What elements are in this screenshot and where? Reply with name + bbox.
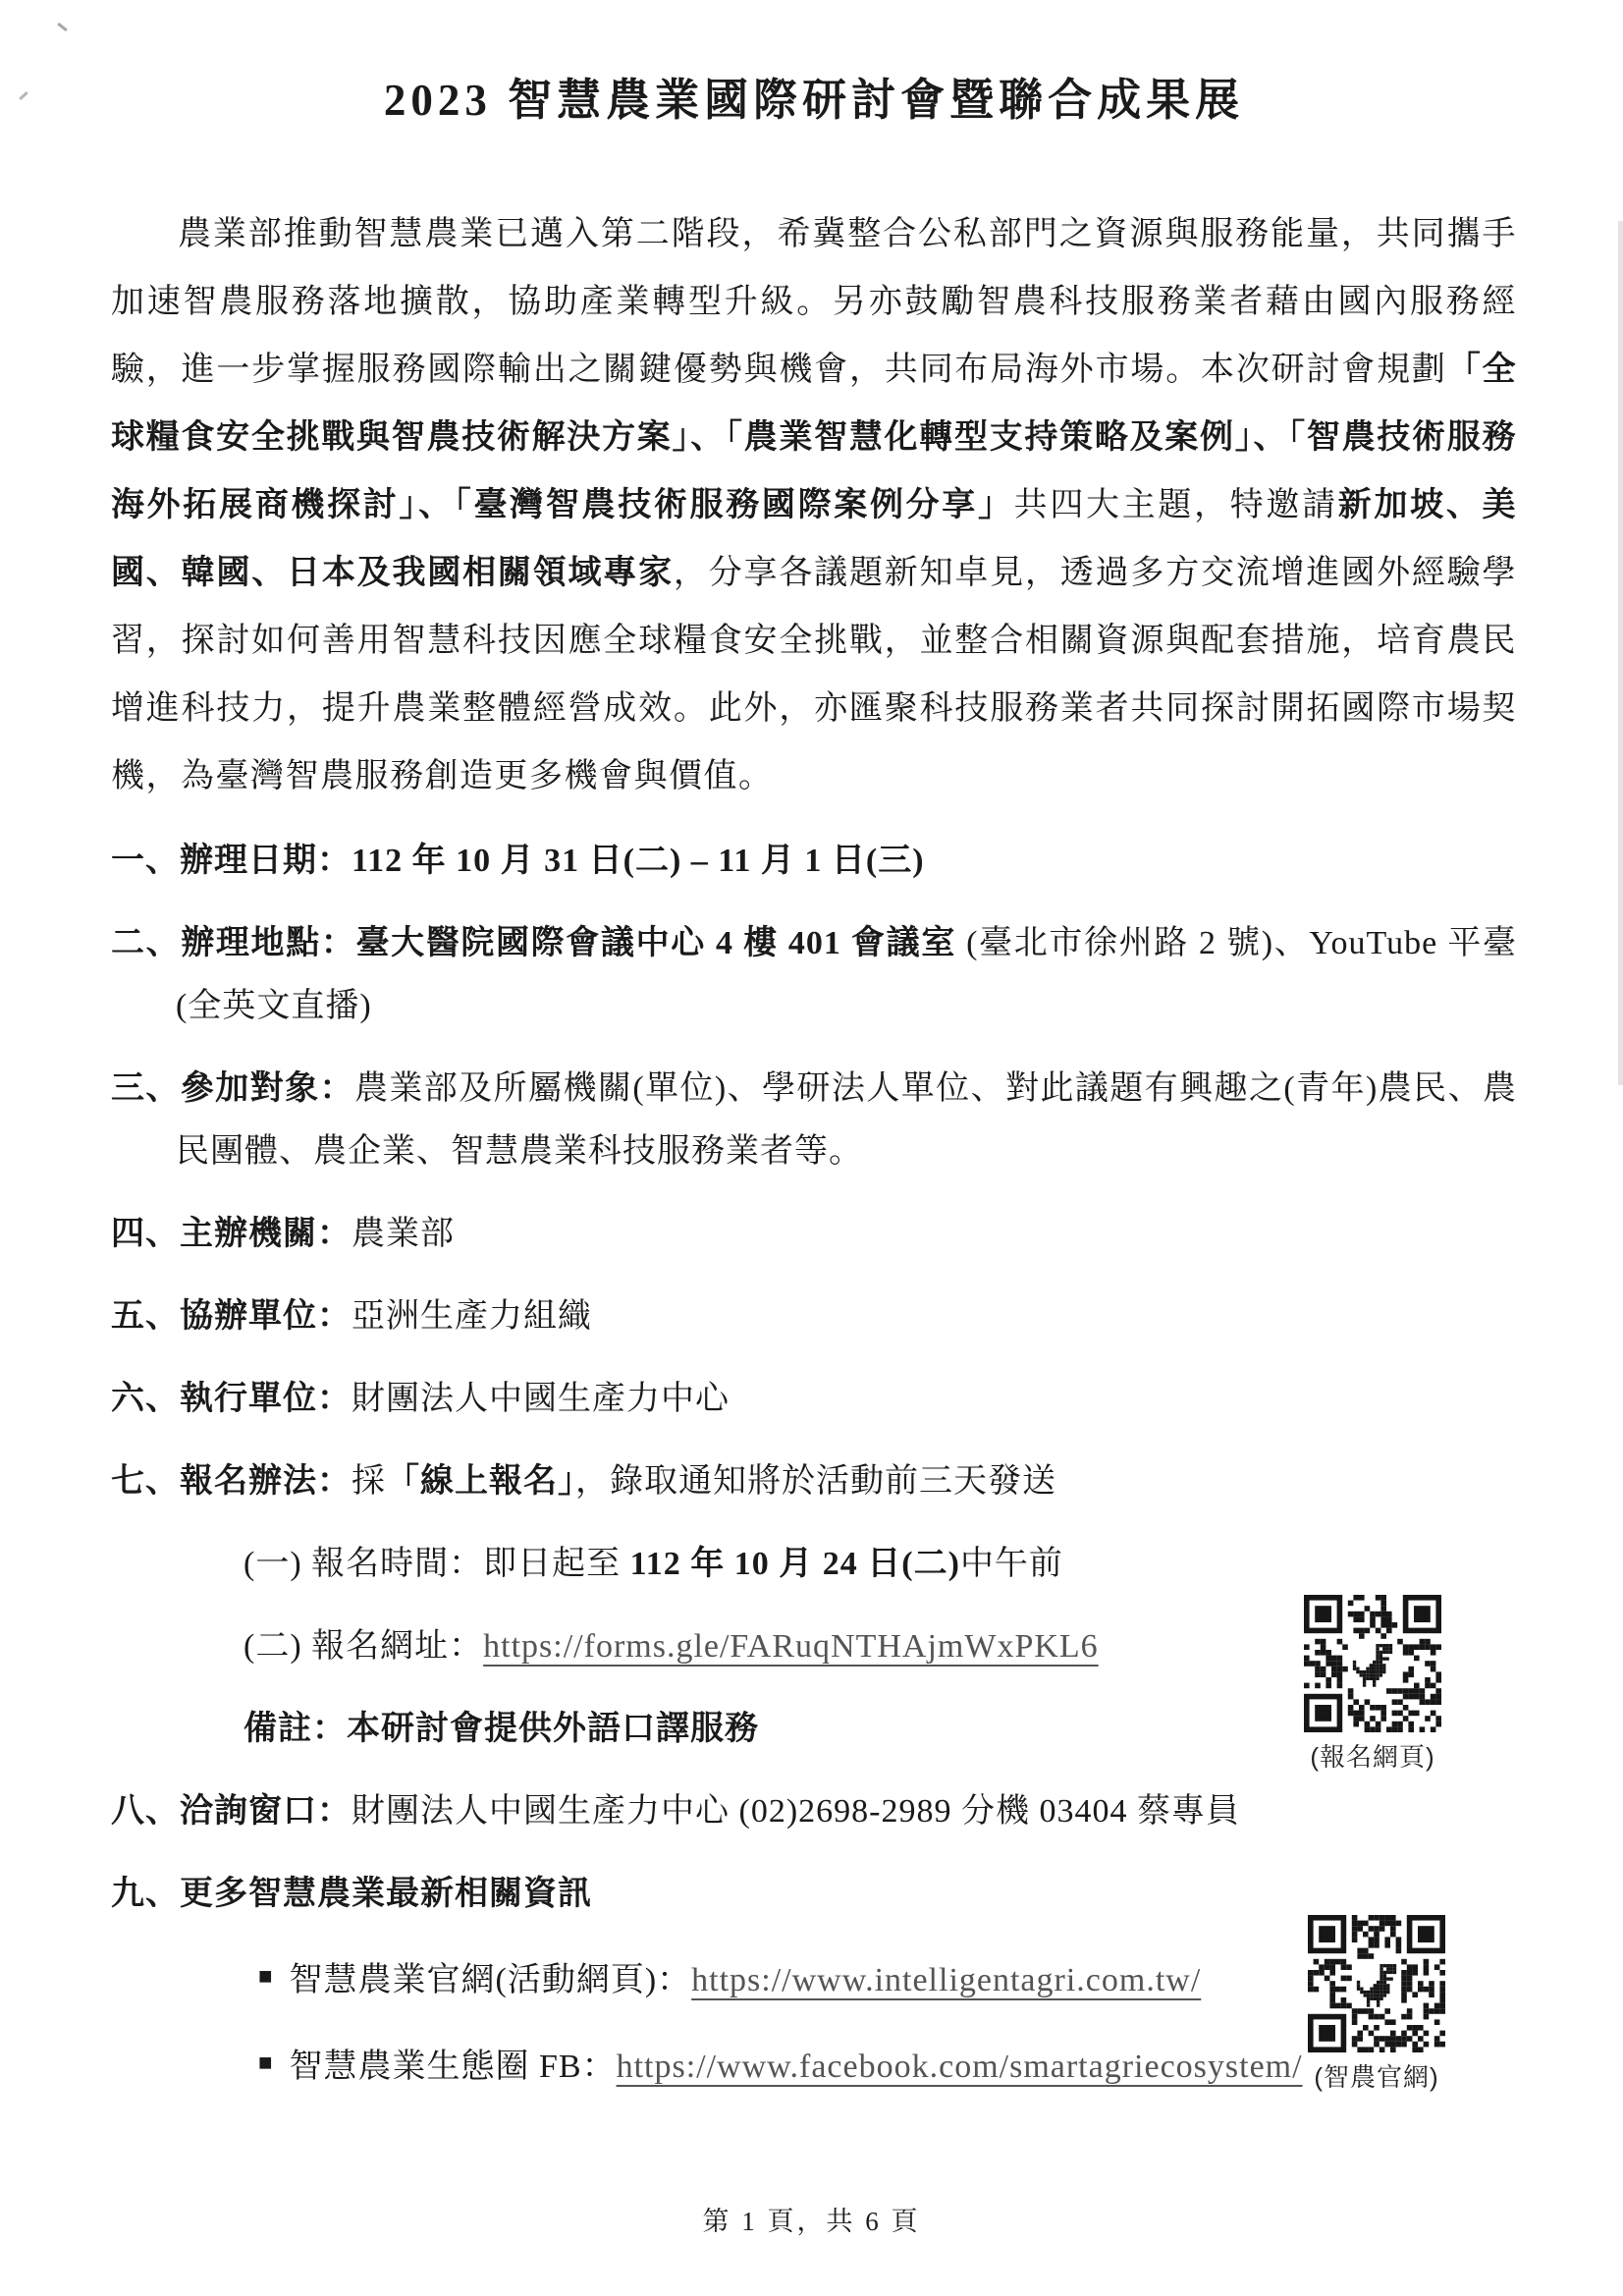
item-organize-date: 一、辦理日期：112 年 10 月 31 日(二) – 11 月 1 日(三): [111, 830, 1517, 893]
item-label: 五、協辦單位：: [111, 1298, 352, 1335]
page-title: 2023 智慧農業國際研討會暨聯合成果展: [111, 69, 1517, 132]
sub-item-value: https://forms.gle/FARuqNTHAjmWxPKL6: [483, 1628, 1099, 1665]
note-text: 本研討會提供外語口譯服務: [347, 1711, 759, 1747]
item-value: 農業部: [352, 1216, 455, 1252]
sub-item-label: (一) 報名時間：: [243, 1546, 483, 1582]
item-value: 財團法人中國生產力中心 (02)2698-2989 分機 03404 蔡專員: [352, 1793, 1240, 1830]
item-label: 二、辦理地點：: [111, 925, 355, 961]
note-label: 備註：: [243, 1711, 347, 1747]
document-page: 2023 智慧農業國際研討會暨聯合成果展 農業部推動智慧農業已邁入第二階段，希冀…: [0, 0, 1623, 2296]
item-participants: 三、參加對象：農業部及所屬機關(單位)、學研法人單位、對此議題有興趣之(青年)農…: [111, 1058, 1517, 1183]
official-site-link[interactable]: https://www.intelligentagri.com.tw/: [691, 1962, 1201, 1998]
item-co-organizer: 五、協辦單位：亞洲生產力組織: [111, 1285, 1517, 1348]
qr-block-official-site: (智農官網): [1302, 1915, 1451, 2094]
intro-paragraph: 農業部推動智慧農業已邁入第二階段，希冀整合公私部門之資源與服務能量，共同攜手加速…: [111, 200, 1517, 810]
bullet-label: 智慧農業生態圈 FB：: [290, 2049, 617, 2085]
item-executing-unit: 六、執行單位：財團法人中國生產力中心: [111, 1368, 1517, 1431]
item-value: 財團法人中國生產力中心: [352, 1381, 730, 1417]
item-value: 112 年 10 月 31 日(二) – 11 月 1 日(三): [352, 843, 925, 879]
scan-artifact: [57, 23, 68, 31]
qr-caption-registration: (報名網頁): [1298, 1737, 1447, 1774]
facebook-link[interactable]: https://www.facebook.com/smartagriecosys…: [617, 2049, 1303, 2085]
item-label: 八、洽詢窗口：: [111, 1793, 352, 1830]
item-contact-window: 八、洽詢窗口：財團法人中國生產力中心 (02)2698-2989 分機 0340…: [111, 1780, 1517, 1843]
bullet-square-icon: ■: [258, 1964, 274, 1990]
item-venue: 二、辦理地點：臺大醫院國際會議中心 4 樓 401 會議室 (臺北市徐州路 2 …: [111, 912, 1517, 1038]
official-site-qr-code: [1308, 1915, 1445, 2052]
scan-artifact: [19, 91, 27, 100]
sub-item-label: (二) 報名網址：: [243, 1628, 483, 1665]
item-label: 四、主辦機關：: [111, 1216, 352, 1252]
scan-edge-shadow: [1618, 221, 1623, 1085]
qr-block-registration: (報名網頁): [1298, 1595, 1447, 1774]
bullet-label: 智慧農業官網(活動網頁)：: [290, 1962, 692, 1998]
sub-item-registration-time: (一) 報名時間：即日起至 112 年 10 月 24 日(二)中午前: [243, 1533, 1517, 1596]
registration-qr-code: [1304, 1595, 1441, 1732]
item-value: 臺大醫院國際會議中心 4 樓 401 會議室 (臺北市徐州路 2 號)、YouT…: [176, 925, 1517, 1024]
item-host-agency: 四、主辦機關：農業部: [111, 1203, 1517, 1266]
registration-form-link[interactable]: https://forms.gle/FARuqNTHAjmWxPKL6: [483, 1628, 1099, 1665]
item-label: 六、執行單位：: [111, 1381, 352, 1417]
item-registration-method: 七、報名辦法：採「線上報名」，錄取通知將於活動前三天發送: [111, 1450, 1517, 1513]
qr-caption-official-site: (智農官網): [1302, 2057, 1451, 2094]
bullet-square-icon: ■: [258, 2050, 274, 2076]
item-label: 七、報名辦法：: [111, 1463, 352, 1500]
item-value: 採「線上報名」，錄取通知將於活動前三天發送: [352, 1463, 1056, 1500]
item-value: 亞洲生產力組織: [352, 1298, 592, 1335]
item-label: 一、辦理日期：: [111, 843, 352, 879]
item-label: 九、更多智慧農業最新相關資訊: [111, 1876, 592, 1912]
page-footer: 第 1 頁，共 6 頁: [0, 2200, 1623, 2238]
item-value: 農業部及所屬機關(單位)、學研法人單位、對此議題有興趣之(青年)農民、農民團體、…: [176, 1070, 1517, 1170]
sub-item-value: 即日起至 112 年 10 月 24 日(二)中午前: [483, 1546, 1063, 1582]
document-body: 2023 智慧農業國際研討會暨聯合成果展 農業部推動智慧農業已邁入第二階段，希冀…: [111, 69, 1517, 2099]
item-label: 三、參加對象：: [111, 1070, 354, 1107]
